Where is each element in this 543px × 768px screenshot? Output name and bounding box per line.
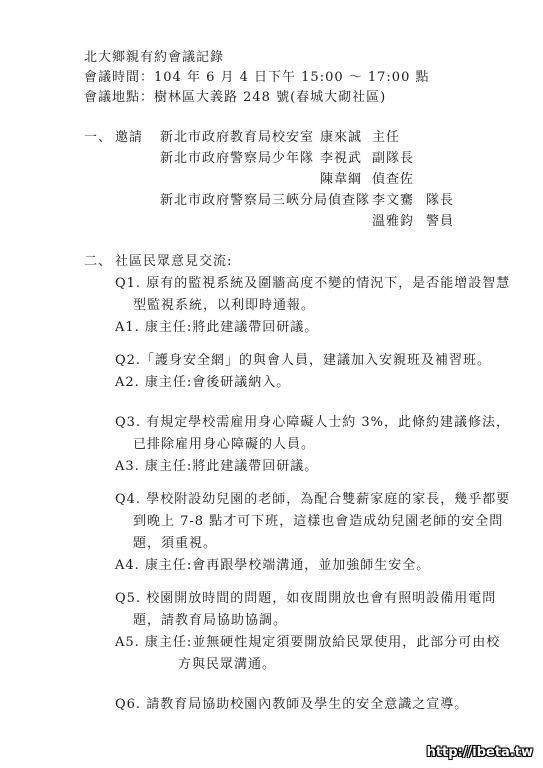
section2-number: 二、 [84, 254, 112, 270]
document-title: 北大鄉親有約會議記錄 [84, 50, 224, 66]
question-line: Q6. 請教育局協助校園內教師及學生的安全意識之宣導。 [115, 697, 468, 713]
answer-line: A2. 康主任:會後研議納入。 [115, 375, 290, 391]
attendee-org: 新北市政府警察局三峽分局偵查隊 [160, 193, 370, 209]
question-line: 題，須重視。 [133, 536, 217, 552]
section1-number: 一、 [84, 130, 112, 146]
attendee-name: 康來誠 [320, 130, 362, 146]
attendee-title: 主任 [372, 130, 400, 146]
attendee-title: 隊長 [426, 193, 454, 209]
attendee-title: 警員 [426, 214, 454, 230]
attendee-name: 陳韋綱 [320, 172, 362, 188]
question-line: 型監視系統，以利即時通報。 [133, 298, 315, 314]
question-line: Q5. 校園開放時間的問題，如夜間開放也會有照明設備用電問 [115, 591, 496, 607]
attendee-org: 新北市政府警察局少年隊 [160, 151, 314, 167]
meeting-place: 會議地點：樹林區大義路 248 號(春城大砌社區) [84, 90, 386, 106]
meeting-time: 會議時間：104 年 6 月 4 日下午 15:00 ～ 17:00 點 [84, 70, 429, 86]
attendee-name: 李文騫 [372, 193, 414, 209]
answer-line: A1. 康主任:將此建議帶回研議。 [115, 320, 318, 336]
section2-label: 社區民眾意見交流: [115, 254, 232, 270]
question-line: Q1. 原有的監視系統及圍牆高度不變的情況下，是否能增設智慧 [115, 276, 510, 292]
attendee-org: 新北市政府教育局校安室 [160, 130, 314, 146]
attendee-name: 李視武 [320, 151, 362, 167]
question-line: Q4. 學校附設幼兒園的老師，為配合雙薪家庭的家長，幾乎都要 [115, 492, 510, 508]
question-line: 到晚上 7-8 點才可下班，這樣也會造成幼兒園老師的安全問 [133, 514, 503, 530]
answer-line: A5. 康主任:並無硬性規定須要開放給民眾使用，此部分可由校 [115, 635, 500, 651]
watermark: http://ibeta.tw [427, 745, 533, 760]
attendee-title: 偵查佐 [372, 172, 414, 188]
answer-line: A3. 康主任:將此建議帶回研議。 [115, 459, 318, 475]
question-line: Q3. 有規定學校需雇用身心障礙人士約 3%，此條約建議修法， [115, 415, 510, 431]
answer-line: A4. 康主任:會再跟學校端溝通，並加強師生安全。 [115, 558, 430, 574]
section1-label: 邀請 [115, 130, 143, 146]
answer-line: 方與民眾溝通。 [178, 657, 276, 673]
attendee-title: 副隊長 [372, 151, 414, 167]
question-line: Q2.「護身安全網」的與會人員，建議加入安親班及補習班。 [115, 353, 491, 369]
attendee-name: 溫雅鈞 [372, 214, 414, 230]
question-line: 已排除雇用身心障礙的人員。 [133, 437, 315, 453]
question-line: 題，請教育局協助協調。 [133, 613, 287, 629]
